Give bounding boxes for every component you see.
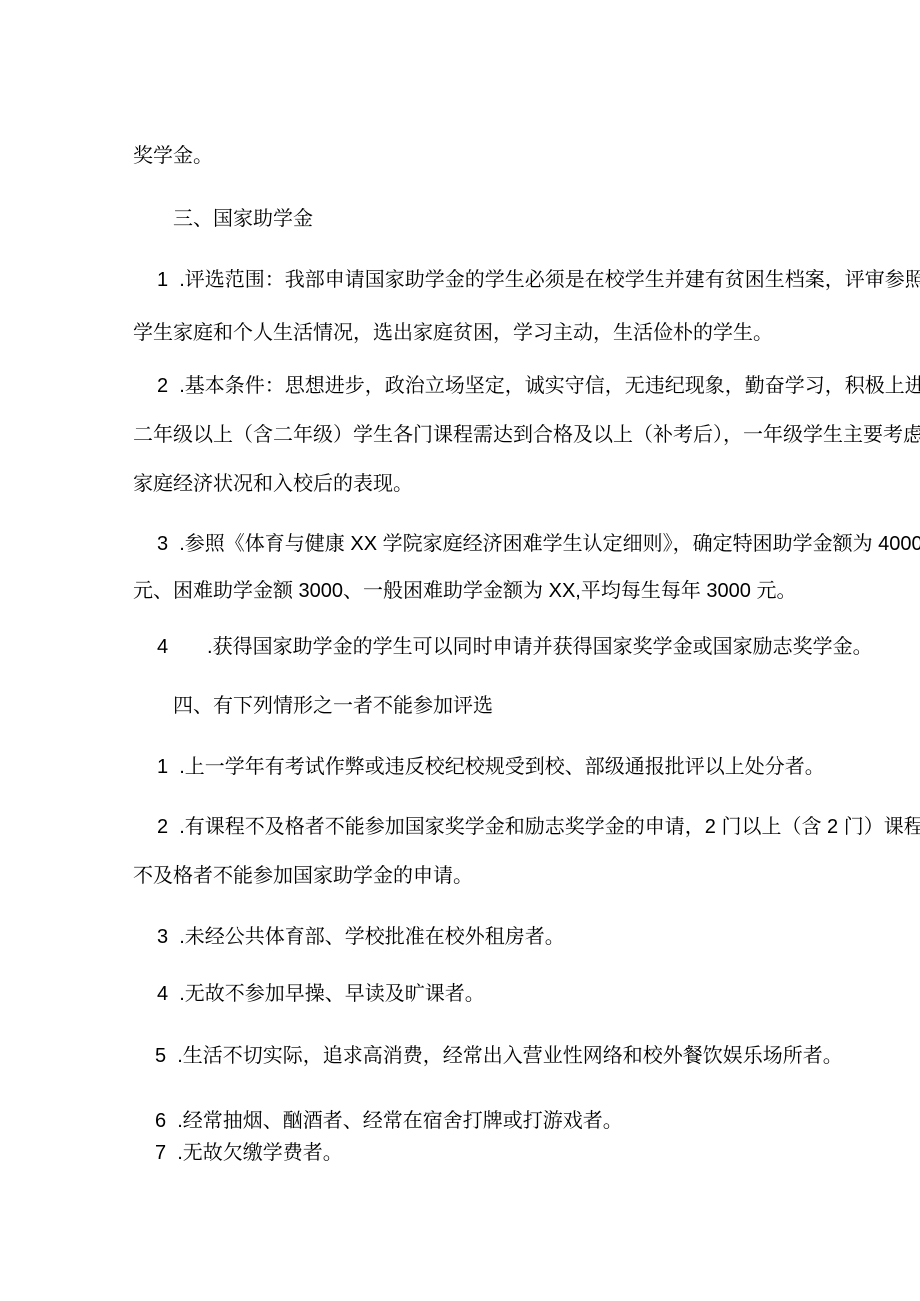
item-4-concurrent-application: 4 .获得国家助学金的学生可以同时申请并获得国家奖学金或国家励志奖学金。 [157,636,873,658]
item-3-grant-amounts: 3 .参照《体育与健康 XX 学院家庭经济困难学生认定细则》，确定特困助学金额为… [157,533,920,555]
exclusion-item-3-offcampus-housing: 3 .未经公共体育部、学校批准在校外租房者。 [157,926,565,948]
document-page: 奖学金。 三、国家助学金 1 .评选范围：我部申请国家助学金的学生必须是在校学生… [0,0,920,1301]
exclusion-item-5-high-consumption: 5 .生活不切实际，追求高消费，经常出入营业性网络和校外餐饮娱乐场所者。 [155,1045,843,1067]
exclusion-item-2-failed-courses: 2 .有课程不及格者不能参加国家奖学金和励志奖学金的申请，2 门以上（含 2 门… [157,816,920,838]
item-2-basic-conditions-cont-1: 二年级以上（含二年级）学生各门课程需达到合格及以上（补考后），一年级学生主要考虑… [133,424,920,446]
item-3-grant-amounts-cont: 元、困难助学金额 3000、一般困难助学金额为 XX,平均每生每年 3000 元… [133,580,796,602]
exclusion-item-4-absence: 4 .无故不参加早操、早读及旷课者。 [157,983,485,1005]
exclusion-item-7-unpaid-tuition: 7 .无故欠缴学费者。 [155,1142,343,1164]
item-2-basic-conditions-cont-2: 家庭经济状况和入校后的表现。 [133,473,413,495]
exclusion-item-1-cheating: 1 .上一学年有考试作弊或违反校纪校规受到校、部级通报批评以上处分者。 [157,756,825,778]
para-continuation-scholarship: 奖学金。 [133,145,213,167]
item-2-basic-conditions: 2 .基本条件：思想进步，政治立场坚定，诚实守信，无违纪现象，勤奋学习，积极上进… [157,375,920,397]
item-1-selection-scope: 1 .评选范围：我部申请国家助学金的学生必须是在校学生并建有贫困生档案，评审参照 [157,269,920,291]
item-1-selection-scope-cont: 学生家庭和个人生活情况，选出家庭贫困，学习主动，生活俭朴的学生。 [133,322,773,344]
exclusion-item-2-failed-courses-cont: 不及格者不能参加国家助学金的申请。 [133,865,473,887]
section-heading-3-national-grant: 三、国家助学金 [173,208,313,230]
exclusion-item-6-smoking-drinking: 6 .经常抽烟、酗酒者、经常在宿舍打牌或打游戏者。 [155,1110,623,1132]
section-heading-4-exclusions: 四、有下列情形之一者不能参加评选 [173,695,493,717]
